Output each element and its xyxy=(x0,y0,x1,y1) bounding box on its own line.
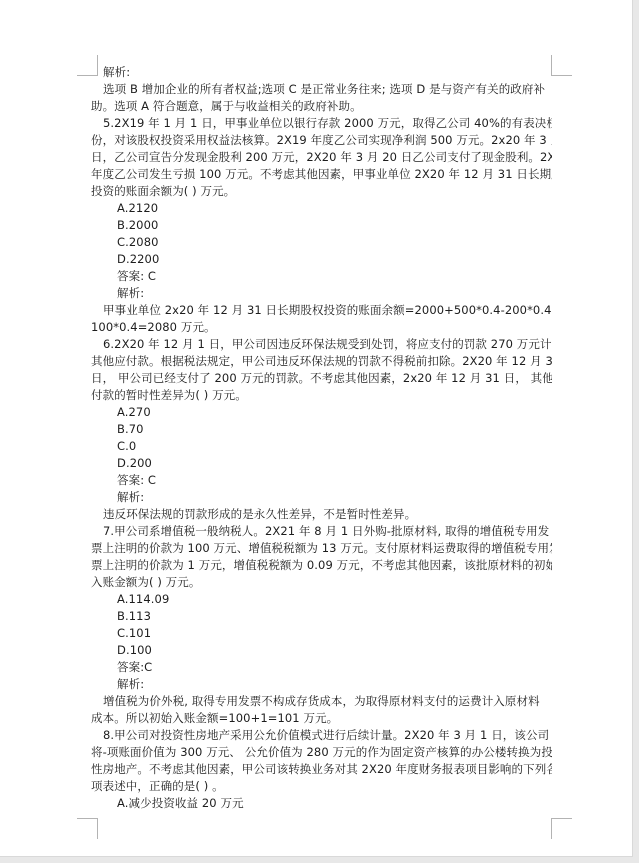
crop-mark-bottom-left xyxy=(77,818,98,839)
text-line: 日， 甲公司已经支付了 200 万元的罚款。不考虑其他因素，2x20 年 12 … xyxy=(91,370,552,387)
text-line: 票上注明的价款为 1 万元，增值税税额为 0.09 万元，不考虑其他因素，该批原… xyxy=(91,557,552,574)
option-line: A.270 xyxy=(91,404,552,421)
option-line: B.2000 xyxy=(91,217,552,234)
option-line: D.2200 xyxy=(91,251,552,268)
text-line: 6.2X20 年 12 月 1 日，甲公司因违反环保法规受到处罚，将应支付的罚款… xyxy=(91,336,552,353)
text-line: 增值税为价外税, 取得专用发票不构成存货成本，为取得原材料支付的运费计入原材料 xyxy=(91,693,552,710)
text-line: 份，对该股权投资采用权益法核算。2X19 年度乙公司实现净利润 500 万元。2… xyxy=(91,132,552,149)
text-line: 投资的账面余额为( ) 万元。 xyxy=(91,183,552,200)
text-line: 年度乙公司发生亏损 100 万元。不考虑其他因素，甲事业单位 2X20 年 12… xyxy=(91,166,552,183)
document-page[interactable]: 解析: 选项 B 增加企业的所有者权益;选项 C 是正常业务往来; 选项 D 是… xyxy=(0,0,633,857)
text-line: 其他应付款。根据税法规定，甲公司违反环保法规的罚款不得税前扣除。2X20 年 1… xyxy=(91,353,552,370)
text-line: 项表述中，正确的是( ) 。 xyxy=(91,778,552,795)
answer-line: 答案: C xyxy=(91,472,552,489)
option-line: B.113 xyxy=(91,608,552,625)
option-line: D.100 xyxy=(91,642,552,659)
text-line: 解析: xyxy=(91,64,552,81)
option-line: A.114.09 xyxy=(91,591,552,608)
text-line: 7.甲公司系增值税一般纳税人。2X21 年 8 月 1 日外购-批原材料, 取得… xyxy=(91,523,552,540)
text-line: 日，乙公司宣告分发现金股利 200 万元，2X20 年 3 月 20 日乙公司支… xyxy=(91,149,552,166)
analysis-label-line: 解析: xyxy=(91,676,552,693)
text-line: 入账金额为( ) 万元。 xyxy=(91,574,552,591)
answer-line: 答案:C xyxy=(91,659,552,676)
text-line: 5.2X19 年 1 月 1 日，甲事业单位以银行存款 2000 万元，取得乙公… xyxy=(91,115,552,132)
crop-mark-bottom-right xyxy=(551,818,572,839)
text-line: 票上注明的价款为 100 万元、增值税税额为 13 万元。支付原材料运费取得的增… xyxy=(91,540,552,557)
analysis-label-line: 解析: xyxy=(91,489,552,506)
option-line: C.2080 xyxy=(91,234,552,251)
option-line: C.0 xyxy=(91,438,552,455)
option-line: A.减少投资收益 20 万元 xyxy=(91,795,552,812)
text-line: 将-项账面价值为 300 万元、 公允价值为 280 万元的作为固定资产核算的办… xyxy=(91,744,552,761)
option-line: C.101 xyxy=(91,625,552,642)
text-line: 违反环保法规的罚款形成的是永久性差异，不是暂时性差异。 xyxy=(91,506,552,523)
text-line: 性房地产。不考虑其他因素，甲公司该转换业务对其 2X20 年度财务报表项目影响的… xyxy=(91,761,552,778)
text-line: 助。选项 A 符合题意，属于与收益相关的政府补助。 xyxy=(91,98,552,115)
document-viewport: 解析: 选项 B 增加企业的所有者权益;选项 C 是正常业务往来; 选项 D 是… xyxy=(0,0,639,863)
text-line: 付款的暂时性差异为( ) 万元。 xyxy=(91,387,552,404)
text-line: 甲事业单位 2x20 年 12 月 31 日长期股权投资的账面余额=2000+5… xyxy=(91,302,552,319)
text-line: 100*0.4=2080 万元。 xyxy=(91,319,552,336)
option-line: B.70 xyxy=(91,421,552,438)
option-line: A.2120 xyxy=(91,200,552,217)
option-line: D.200 xyxy=(91,455,552,472)
text-line: 8.甲公司对投资性房地产采用公允价值模式进行后续计量。2X20 年 3 月 1 … xyxy=(91,727,552,744)
crop-mark-top-right xyxy=(551,55,572,76)
text-line: 选项 B 增加企业的所有者权益;选项 C 是正常业务往来; 选项 D 是与资产有… xyxy=(91,81,552,98)
text-line: 成本。所以初始入账金额=100+1=101 万元。 xyxy=(91,710,552,727)
analysis-label-line: 解析: xyxy=(91,285,552,302)
document-text-block: 解析: 选项 B 增加企业的所有者权益;选项 C 是正常业务往来; 选项 D 是… xyxy=(91,64,552,812)
answer-line: 答案: C xyxy=(91,268,552,285)
